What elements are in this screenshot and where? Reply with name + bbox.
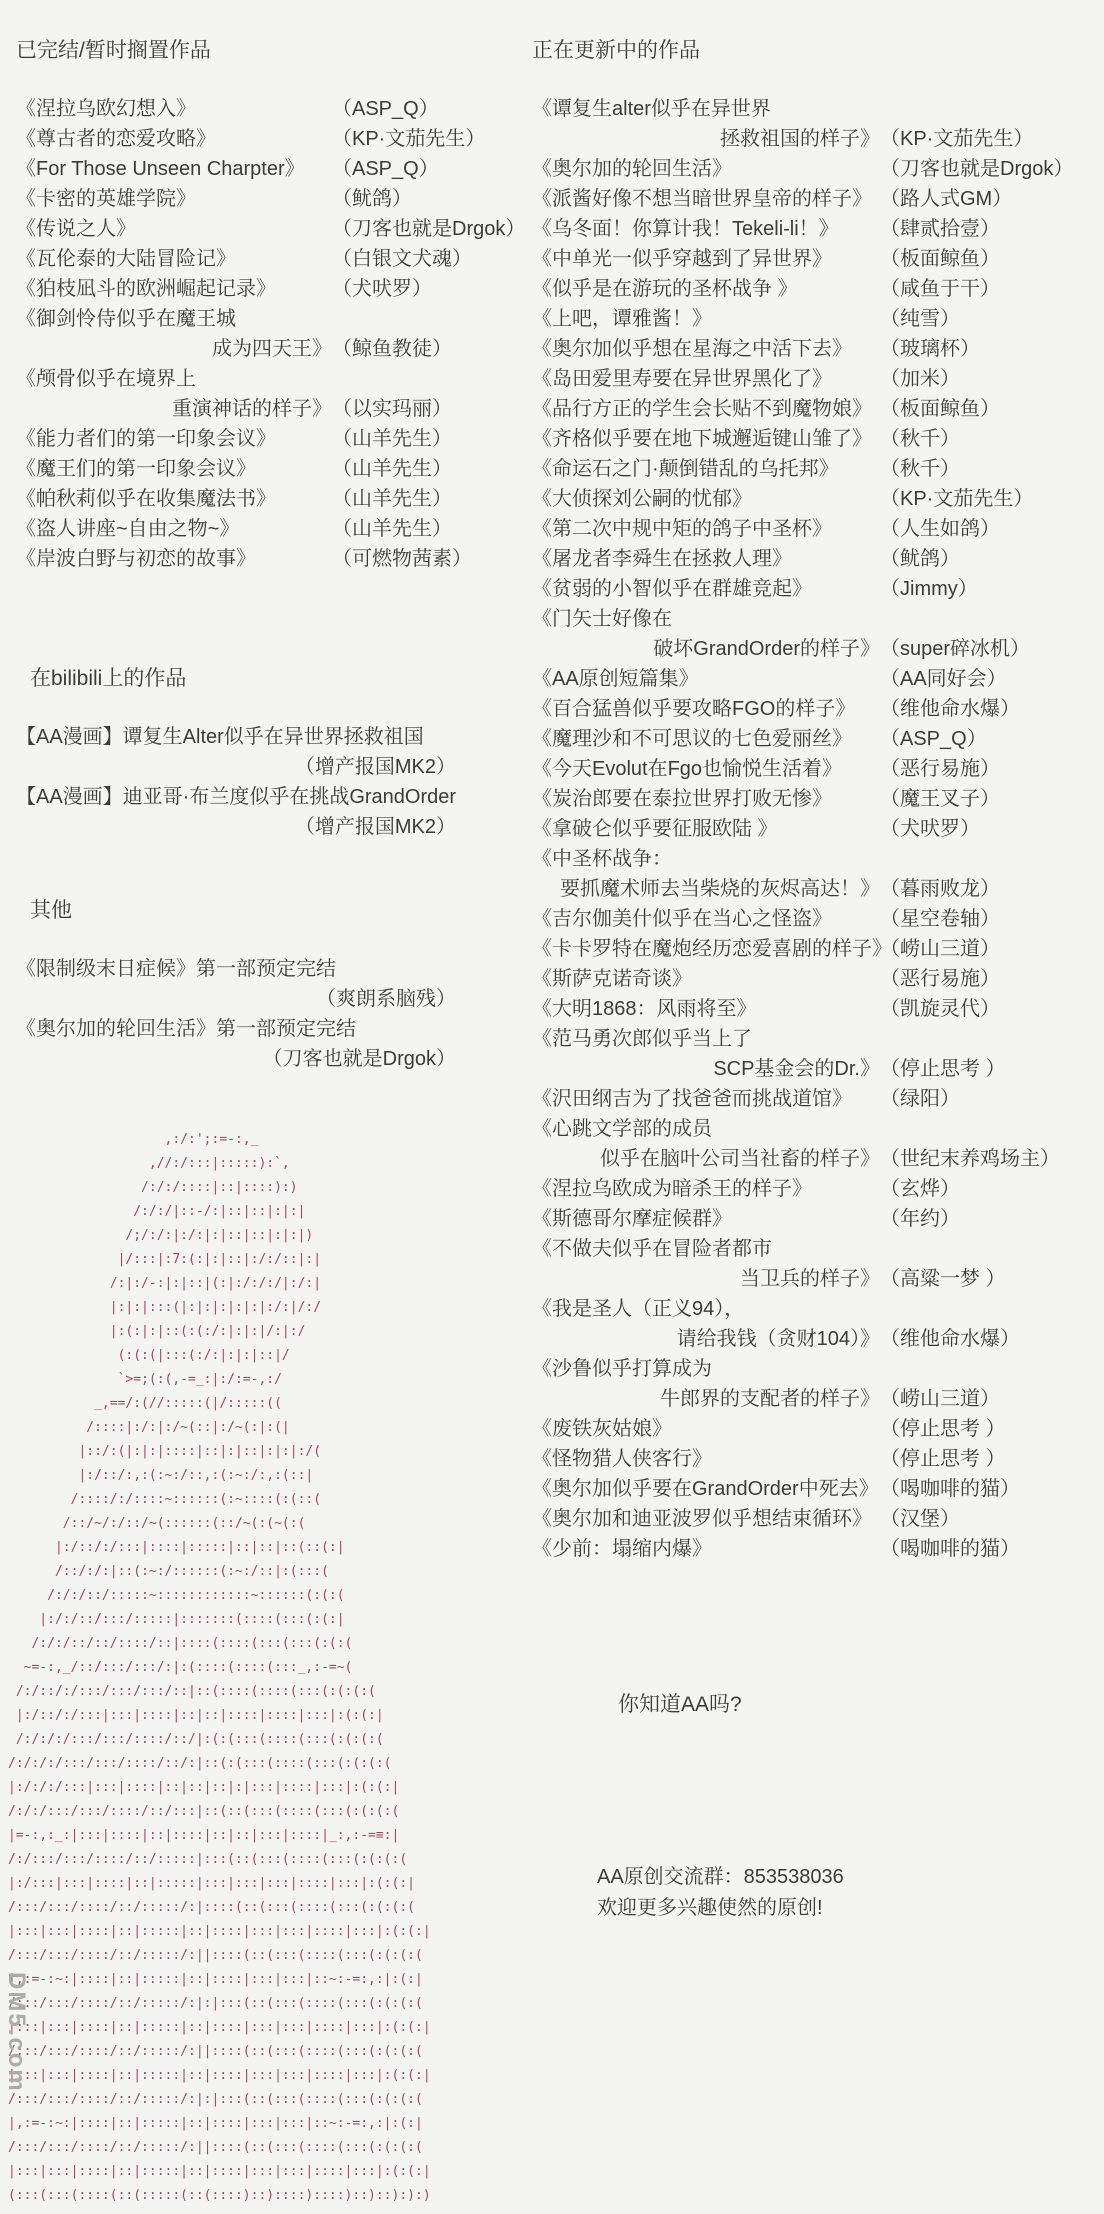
work-item: 《派酱好像不想当暗世界皇帝的样子》（路人式GM） [532, 184, 1104, 214]
work-author: （加米） [880, 364, 960, 394]
work-title: 《今天Evolut在Fgo也愉悦生活着》 [532, 754, 880, 784]
work-item: 《第二次中规中矩的鸽子中圣杯》（人生如鸽） [532, 514, 1104, 544]
work-author: （汉堡） [880, 1504, 960, 1534]
work-item: 《屠龙者李舜生在拯救人理》（鱿鸽） [532, 544, 1104, 574]
work-author: （刀客也就是Drgok） [16, 1044, 456, 1074]
work-title: 《斯萨克诺奇谈》 [532, 964, 880, 994]
work-title: 《第二次中规中矩的鸽子中圣杯》 [532, 514, 880, 544]
other-works-list: 《限制级末日症候》第一部预定完结（爽朗系脑残）《奥尔加的轮回生活》第一部预定完结… [16, 954, 526, 1074]
work-item: （爽朗系脑残） [16, 984, 526, 1014]
work-item: 《今天Evolut在Fgo也愉悦生活着》（恶行易施） [532, 754, 1104, 784]
work-title: 《涅拉乌欧成为暗杀王的样子》 [532, 1174, 880, 1204]
completed-works-list: 《涅拉乌欧幻想入》（ASP_Q）《尊古者的恋爱攻略》（KP·文茄先生）《For … [16, 94, 532, 574]
work-item: 《门矢士好像在 [532, 604, 1104, 634]
updating-works-list: 《谭复生alter似乎在异世界拯救祖国的样子》（KP·文茄先生）《奥尔加的轮回生… [532, 94, 1104, 1564]
work-item: 牛郎界的支配者的样子》（崂山三道） [532, 1384, 1104, 1414]
work-author: （KP·文茄先生） [332, 124, 485, 154]
work-title: 《心跳文学部的成员 [532, 1114, 712, 1144]
work-author: （恶行易施） [880, 754, 1000, 784]
work-author: （AA同好会） [880, 664, 1007, 694]
work-title-continuation: 成为四天王》 [16, 334, 332, 364]
work-item: 《心跳文学部的成员 [532, 1114, 1104, 1144]
work-item: 《岛田爱里寿要在异世界黑化了》（加米） [532, 364, 1104, 394]
work-title: 《卡卡罗特在魔炮经历恋爱喜剧的样子》 [532, 934, 880, 964]
work-item: 《卡卡罗特在魔炮经历恋爱喜剧的样子》（崂山三道） [532, 934, 1104, 964]
work-author: （崂山三道） [880, 934, 1000, 964]
work-item: 《魔理沙和不可思议的七色爱丽丝》（ASP_Q） [532, 724, 1104, 754]
work-author: （纯雪） [880, 304, 960, 334]
work-author: （恶行易施） [880, 964, 1000, 994]
work-title: 《斯德哥尔摩症候群》 [532, 1204, 880, 1234]
work-title: 《奥尔加的轮回生活》 [532, 154, 880, 184]
work-title: 《炭治郎要在泰拉世界打败无惨》 [532, 784, 880, 814]
work-item: 要抓魔术师去当柴烧的灰烬高达！》（暮雨败龙） [532, 874, 1104, 904]
section-other-works: 其他 《限制级末日症候》第一部预定完结（爽朗系脑残）《奥尔加的轮回生活》第一部预… [16, 896, 526, 1074]
work-title-continuation: 拯救祖国的样子》 [532, 124, 880, 154]
work-title: 《怪物猎人侠客行》 [532, 1444, 880, 1474]
work-title: 《狛枝凪斗的欧洲崛起记录》 [16, 274, 332, 304]
work-author: （以实玛丽） [332, 394, 452, 424]
work-author: （ASP_Q） [332, 154, 439, 184]
work-title: 《吉尔伽美什似乎在当心之怪盗》 [532, 904, 880, 934]
work-author: （爽朗系脑残） [16, 984, 456, 1014]
work-author: （山羊先生） [332, 424, 452, 454]
work-item: 《废铁灰姑娘》（停止思考 ） [532, 1414, 1104, 1444]
work-title: 《涅拉乌欧幻想入》 [16, 94, 332, 124]
work-item: 《百合猛兽似乎要攻略FGO的样子》（维他命水爆） [532, 694, 1104, 724]
work-title: 《For Those Unseen Charpter》 [16, 154, 332, 184]
aa-question-text: 你知道AA吗? [618, 1690, 742, 1720]
work-item: 《传说之人》（刀客也就是Drgok） [16, 214, 532, 244]
work-item: 《乌冬面！你算计我！Tekeli-li！》（肆贰拾壹） [532, 214, 1104, 244]
work-item: 《涅拉乌欧成为暗杀王的样子》（玄烨） [532, 1174, 1104, 1204]
work-author: （ASP_Q） [332, 94, 439, 124]
completed-works-header: 已完结/暂时搁置作品 [16, 36, 532, 66]
work-title: 《谭复生alter似乎在异世界 [532, 94, 771, 124]
work-title: 《帕秋莉似乎在收集魔法书》 [16, 484, 332, 514]
work-item: 《我是圣人（正义94）， [532, 1294, 1104, 1324]
work-item: 《能力者们的第一印象会议》（山羊先生） [16, 424, 532, 454]
work-title: 《命运石之门·颠倒错乱的乌托邦》 [532, 454, 880, 484]
work-author: （年约） [880, 1204, 960, 1234]
work-title: 《派酱好像不想当暗世界皇帝的样子》 [532, 184, 880, 214]
work-author: （路人式GM） [880, 184, 1012, 214]
work-author: （世纪末养鸡场主） [880, 1144, 1060, 1174]
work-item: 《盗人讲座~自由之物~》（山羊先生） [16, 514, 532, 544]
work-item: 《命运石之门·颠倒错乱的乌托邦》（秋千） [532, 454, 1104, 484]
work-author: （肆贰拾壹） [880, 214, 1000, 244]
work-title: 《沢田纲吉为了找爸爸而挑战道馆》 [532, 1084, 880, 1114]
work-title: 《我是圣人（正义94）， [532, 1294, 744, 1324]
work-author: （停止思考 ） [880, 1444, 1006, 1474]
work-author: （KP·文茄先生） [880, 484, 1033, 514]
work-item: 成为四天王》（鲸鱼教徒） [16, 334, 532, 364]
work-item: 《怪物猎人侠客行》（停止思考 ） [532, 1444, 1104, 1474]
work-author: （停止思考 ） [880, 1414, 1006, 1444]
work-item: 拯救祖国的样子》（KP·文茄先生） [532, 124, 1104, 154]
work-author: （高粱一梦 ） [880, 1264, 1006, 1294]
work-author: （鲸鱼教徒） [332, 334, 452, 364]
work-item: 【AA漫画】迪亚哥·布兰度似乎在挑战GrandOrder [16, 782, 526, 812]
work-author: （刀客也就是Drgok） [332, 214, 525, 244]
work-title: 《乌冬面！你算计我！Tekeli-li！》 [532, 214, 880, 244]
work-title: 《齐格似乎要在地下城邂逅键山雏了》 [532, 424, 880, 454]
work-author: （板面鲸鱼） [880, 244, 1000, 274]
work-title: 《能力者们的第一印象会议》 [16, 424, 332, 454]
work-author: （绿阳） [880, 1084, 960, 1114]
work-author: （增产报国MK2） [16, 812, 456, 842]
ascii-art-illustration: ,:/:';:=-:,_ ,//:/:::|:::::):`, /:/:/:::… [8, 1128, 431, 2208]
work-title: 《限制级末日症候》第一部预定完结 [16, 954, 336, 984]
work-author: （喝咖啡的猫） [880, 1534, 1020, 1564]
work-title: 【AA漫画】谭复生Alter似乎在异世界拯救祖国 [16, 722, 424, 752]
bilibili-works-header: 在bilibili上的作品 [16, 664, 526, 694]
work-item: 重演神话的样子》（以实玛丽） [16, 394, 532, 424]
work-title: 《岛田爱里寿要在异世界黑化了》 [532, 364, 880, 394]
work-title-continuation: 破坏GrandOrder的样子》 [532, 634, 880, 664]
work-title: 《中单光一似乎穿越到了异世界》 [532, 244, 880, 274]
work-author: （ASP_Q） [880, 724, 987, 754]
work-author: （山羊先生） [332, 484, 452, 514]
work-title-continuation: 要抓魔术师去当柴烧的灰烬高达！》 [532, 874, 880, 904]
work-author: （玻璃杯） [880, 334, 980, 364]
work-author: （玄烨） [880, 1174, 960, 1204]
aa-welcome-line: 欢迎更多兴趣使然的原创! [597, 1893, 844, 1924]
work-author: （犬吠罗） [880, 814, 980, 844]
work-title: 《奥尔加和迪亚波罗似乎想结束循环》 [532, 1504, 880, 1534]
work-item: 《帕秋莉似乎在收集魔法书》（山羊先生） [16, 484, 532, 514]
work-author: （Jimmy） [880, 574, 978, 604]
work-item: 《少前：塌缩内爆》（喝咖啡的猫） [532, 1534, 1104, 1564]
work-title: 《魔理沙和不可思议的七色爱丽丝》 [532, 724, 880, 754]
work-title-continuation: 牛郎界的支配者的样子》 [532, 1384, 880, 1414]
work-item: 《中单光一似乎穿越到了异世界》（板面鲸鱼） [532, 244, 1104, 274]
credits-page: 已完结/暂时搁置作品 《涅拉乌欧幻想入》（ASP_Q）《尊古者的恋爱攻略》（KP… [0, 0, 1104, 2214]
work-author: （super碎冰机） [880, 634, 1030, 664]
work-title: 《上吧，谭雅酱！》 [532, 304, 880, 334]
section-bilibili-works: 在bilibili上的作品 【AA漫画】谭复生Alter似乎在异世界拯救祖国（增… [16, 664, 526, 842]
bilibili-works-list: 【AA漫画】谭复生Alter似乎在异世界拯救祖国（增产报国MK2）【AA漫画】迪… [16, 722, 526, 842]
work-item: 《斯德哥尔摩症候群》（年约） [532, 1204, 1104, 1234]
work-item: 《谭复生alter似乎在异世界 [532, 94, 1104, 124]
work-author: （可燃物茜素） [332, 544, 472, 574]
work-item: 【AA漫画】谭复生Alter似乎在异世界拯救祖国 [16, 722, 526, 752]
work-item: 《魔王们的第一印象会议》（山羊先生） [16, 454, 532, 484]
work-title-continuation: 请给我钱（贪财104）》 [532, 1324, 880, 1354]
work-author: （秋千） [880, 454, 960, 484]
work-item: 《炭治郎要在泰拉世界打败无惨》（魔王叉子） [532, 784, 1104, 814]
work-author: （咸鱼于干） [880, 274, 1000, 304]
work-item: 《似乎是在游玩的圣杯战争 》（咸鱼于干） [532, 274, 1104, 304]
work-item: 《限制级末日症候》第一部预定完结 [16, 954, 526, 984]
work-title: 《奥尔加似乎要在GrandOrder中死去》 [532, 1474, 880, 1504]
work-author: （山羊先生） [332, 514, 452, 544]
work-author: （犬吠罗） [332, 274, 432, 304]
work-item: 《瓦伦泰的大陆冒险记》（白银文犬魂） [16, 244, 532, 274]
work-title: 《拿破仑似乎要征服欧陆 》 [532, 814, 880, 844]
work-title: 《少前：塌缩内爆》 [532, 1534, 880, 1564]
work-title-continuation: 当卫兵的样子》 [532, 1264, 880, 1294]
work-item: 《沢田纲吉为了找爸爸而挑战道馆》（绿阳） [532, 1084, 1104, 1114]
work-title: 《瓦伦泰的大陆冒险记》 [16, 244, 332, 274]
work-author: （板面鲸鱼） [880, 394, 1000, 424]
work-item: 似乎在脑叶公司当社畜的样子》（世纪末养鸡场主） [532, 1144, 1104, 1174]
work-author: （秋千） [880, 424, 960, 454]
work-item: 《大明1868：风雨将至》（凯旋灵代） [532, 994, 1104, 1024]
work-title: 《尊古者的恋爱攻略》 [16, 124, 332, 154]
work-title: 《屠龙者李舜生在拯救人理》 [532, 544, 880, 574]
work-item: 《品行方正的学生会长贴不到魔物娘》（板面鲸鱼） [532, 394, 1104, 424]
work-item: 《大侦探刘公嗣的忧郁》（KP·文茄先生） [532, 484, 1104, 514]
work-item: 《齐格似乎要在地下城邂逅键山雏了》（秋千） [532, 424, 1104, 454]
work-title: 《奥尔加似乎想在星海之中活下去》 [532, 334, 880, 364]
work-item: 请给我钱（贪财104）》（维他命水爆） [532, 1324, 1104, 1354]
work-title: 《大明1868：风雨将至》 [532, 994, 880, 1024]
work-title: 【AA漫画】迪亚哥·布兰度似乎在挑战GrandOrder [16, 782, 456, 812]
work-item: 《奥尔加似乎要在GrandOrder中死去》（喝咖啡的猫） [532, 1474, 1104, 1504]
work-author: （停止思考 ） [880, 1054, 1006, 1084]
work-item: 《For Those Unseen Charpter》（ASP_Q） [16, 154, 532, 184]
work-item: 《颅骨似乎在境界上 [16, 364, 532, 394]
work-title: 《范马勇次郎似乎当上了 [532, 1024, 752, 1054]
work-title: 《不做夫似乎在冒险者都市 [532, 1234, 772, 1264]
work-item: 《贫弱的小智似乎在群雄竞起》（Jimmy） [532, 574, 1104, 604]
work-title: 《魔王们的第一印象会议》 [16, 454, 332, 484]
work-item: 《奥尔加的轮回生活》（刀客也就是Drgok） [532, 154, 1104, 184]
work-author: （喝咖啡的猫） [880, 1474, 1020, 1504]
work-author: （白银文犬魂） [332, 244, 472, 274]
work-item: SCP基金会的Dr.》（停止思考 ） [532, 1054, 1104, 1084]
work-item: （刀客也就是Drgok） [16, 1044, 526, 1074]
work-item: 《岸波白野与初恋的故事》（可燃物茜素） [16, 544, 532, 574]
work-title: 《沙鲁似乎打算成为 [532, 1354, 712, 1384]
work-author: （维他命水爆） [880, 694, 1020, 724]
work-title: 《废铁灰姑娘》 [532, 1414, 880, 1444]
work-author: （崂山三道） [880, 1384, 1000, 1414]
other-works-header: 其他 [16, 896, 526, 926]
work-item: 《卡密的英雄学院》（鱿鸽） [16, 184, 532, 214]
work-item: 《AA原创短篇集》（AA同好会） [532, 664, 1104, 694]
work-title-continuation: SCP基金会的Dr.》 [532, 1054, 880, 1084]
work-item: 《御剑怜侍似乎在魔王城 [16, 304, 532, 334]
work-title: 《品行方正的学生会长贴不到魔物娘》 [532, 394, 880, 424]
work-item: 《涅拉乌欧幻想入》（ASP_Q） [16, 94, 532, 124]
work-title: 《卡密的英雄学院》 [16, 184, 332, 214]
work-item: 《狛枝凪斗的欧洲崛起记录》（犬吠罗） [16, 274, 532, 304]
section-updating-works: 正在更新中的作品 《谭复生alter似乎在异世界拯救祖国的样子》（KP·文茄先生… [532, 36, 1104, 1564]
aa-group-info: AA原创交流群：853538036 欢迎更多兴趣使然的原创! [597, 1862, 844, 1924]
work-author: （维他命水爆） [880, 1324, 1020, 1354]
work-author: （人生如鸽） [880, 514, 1000, 544]
work-author: （暮雨败龙） [880, 874, 1000, 904]
work-title: 《贫弱的小智似乎在群雄竞起》 [532, 574, 880, 604]
section-completed-works: 已完结/暂时搁置作品 《涅拉乌欧幻想入》（ASP_Q）《尊古者的恋爱攻略》（KP… [16, 36, 532, 574]
updating-works-header: 正在更新中的作品 [532, 36, 1104, 66]
work-title: 《传说之人》 [16, 214, 332, 244]
work-item: 《不做夫似乎在冒险者都市 [532, 1234, 1104, 1264]
work-author: （凯旋灵代） [880, 994, 1000, 1024]
work-item: 《尊古者的恋爱攻略》（KP·文茄先生） [16, 124, 532, 154]
work-author: （KP·文茄先生） [880, 124, 1033, 154]
work-item: 《奥尔加似乎想在星海之中活下去》（玻璃杯） [532, 334, 1104, 364]
work-title: 《御剑怜侍似乎在魔王城 [16, 304, 236, 334]
work-title: 《大侦探刘公嗣的忧郁》 [532, 484, 880, 514]
work-title: 《奥尔加的轮回生活》第一部预定完结 [16, 1014, 356, 1044]
work-author: （山羊先生） [332, 454, 452, 484]
work-author: （鱿鸽） [880, 544, 960, 574]
work-item: 《奥尔加和迪亚波罗似乎想结束循环》（汉堡） [532, 1504, 1104, 1534]
work-item: 《斯萨克诺奇谈》（恶行易施） [532, 964, 1104, 994]
work-item: 《沙鲁似乎打算成为 [532, 1354, 1104, 1384]
work-title: 《AA原创短篇集》 [532, 664, 880, 694]
work-title-continuation: 似乎在脑叶公司当社畜的样子》 [532, 1144, 880, 1174]
work-author: （魔王叉子） [880, 784, 1000, 814]
work-item: 当卫兵的样子》（高粱一梦 ） [532, 1264, 1104, 1294]
work-title: 《似乎是在游玩的圣杯战争 》 [532, 274, 880, 304]
work-item: 《上吧，谭雅酱！》（纯雪） [532, 304, 1104, 334]
work-item: 《范马勇次郎似乎当上了 [532, 1024, 1104, 1054]
work-title: 《门矢士好像在 [532, 604, 672, 634]
work-title: 《颅骨似乎在境界上 [16, 364, 196, 394]
work-item: 《拿破仑似乎要征服欧陆 》（犬吠罗） [532, 814, 1104, 844]
work-item: （增产报国MK2） [16, 752, 526, 782]
work-title: 《盗人讲座~自由之物~》 [16, 514, 332, 544]
work-title: 《中圣杯战争： [532, 844, 672, 874]
aa-group-number-line: AA原创交流群：853538036 [597, 1862, 844, 1893]
work-author: （刀客也就是Drgok） [880, 154, 1073, 184]
work-item: 《吉尔伽美什似乎在当心之怪盗》（星空卷轴） [532, 904, 1104, 934]
work-author: （增产报国MK2） [16, 752, 456, 782]
work-author: （鱿鸽） [332, 184, 412, 214]
work-title-continuation: 重演神话的样子》 [16, 394, 332, 424]
work-item: （增产报国MK2） [16, 812, 526, 842]
work-item: 《中圣杯战争： [532, 844, 1104, 874]
work-title: 《岸波白野与初恋的故事》 [16, 544, 332, 574]
work-item: 破坏GrandOrder的样子》（super碎冰机） [532, 634, 1104, 664]
work-title: 《百合猛兽似乎要攻略FGO的样子》 [532, 694, 880, 724]
site-watermark: DM5.com [2, 1972, 30, 2093]
work-item: 《奥尔加的轮回生活》第一部预定完结 [16, 1014, 526, 1044]
work-author: （星空卷轴） [880, 904, 1000, 934]
